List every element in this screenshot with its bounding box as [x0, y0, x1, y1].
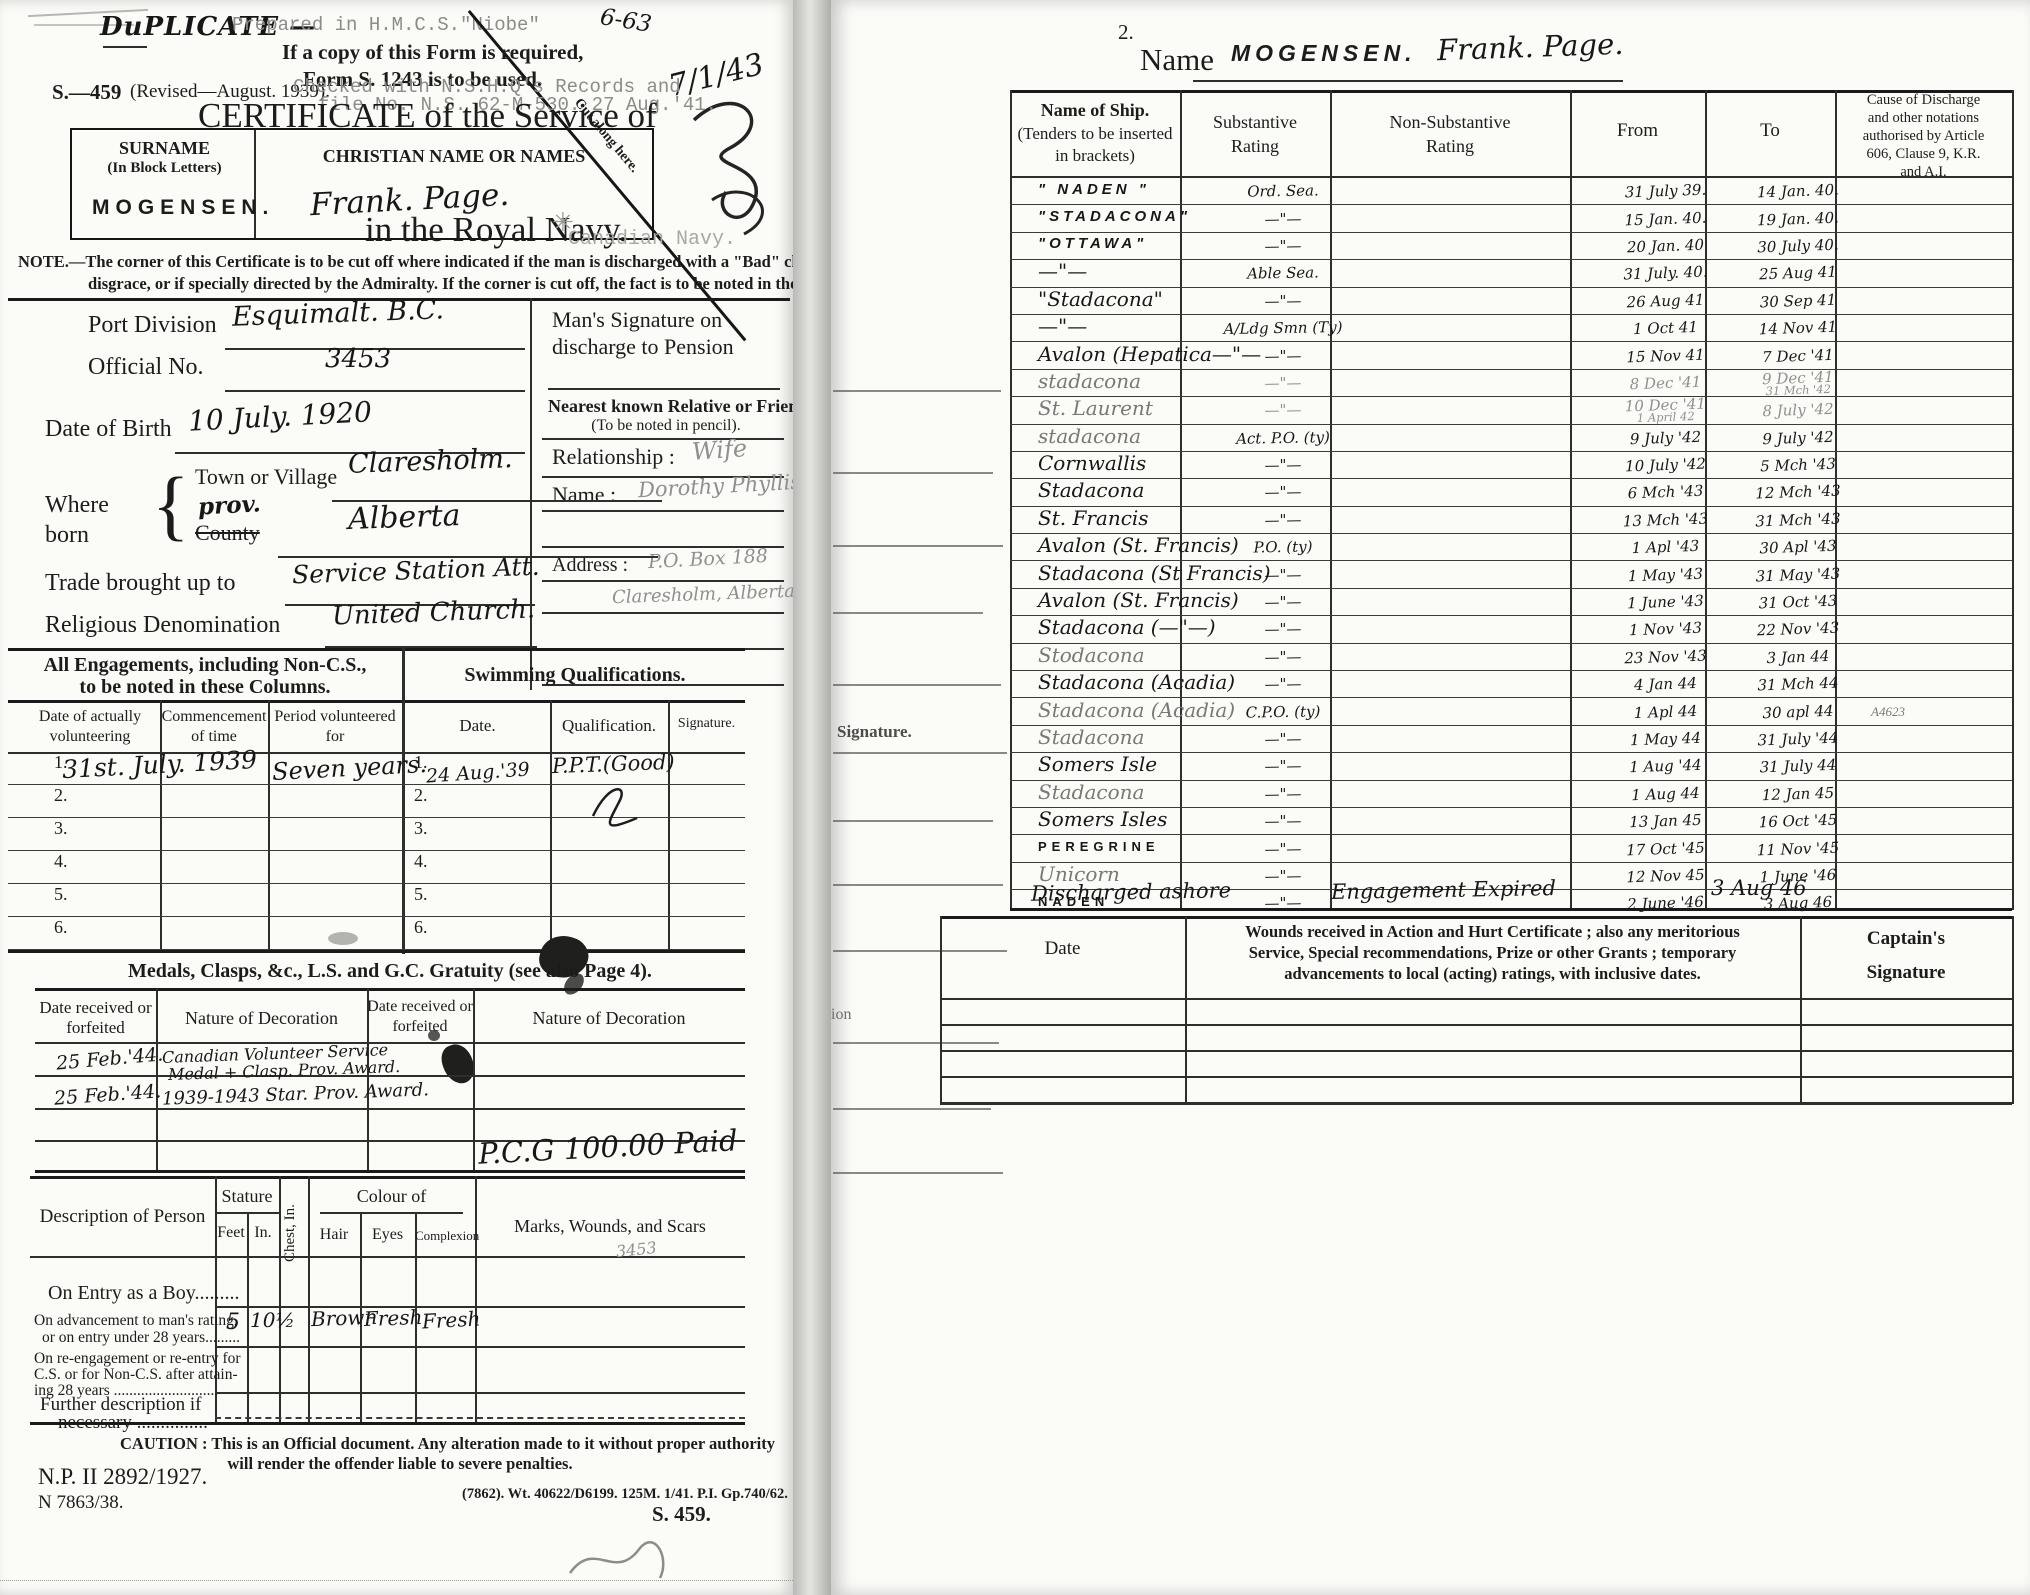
note-line1: NOTE.—The corner of this Certificate is … [18, 252, 906, 272]
from-line1: 4 Jan 44 [1598, 675, 1733, 694]
ship-name: —"— [1010, 259, 1208, 283]
from-line1: 13 Mch '43 [1598, 511, 1733, 530]
canadian-navy-stamp: Canadian Navy. [568, 228, 736, 251]
to-date: 31 Mch 44 [1733, 675, 1863, 694]
to-date: 31 Mch '43 [1733, 511, 1863, 530]
swim-signature-header: Signature. [668, 716, 745, 732]
entry-as-boy-label: On Entry as a Boy......... [48, 1282, 239, 1305]
underline [103, 46, 147, 48]
bleed-line [833, 884, 1003, 886]
from-date: 1 May 44 [1598, 730, 1733, 749]
from-line1: 31 July. 40. [1598, 264, 1733, 283]
row-number: 6. [8, 917, 68, 937]
to-line1: 30 Sep 41 [1733, 291, 1863, 310]
ship-name: Avalon (St. Francis) [1010, 588, 1208, 612]
complexion-header: Complexion [415, 1228, 475, 1244]
from-date: 4 Jan 44 [1598, 675, 1733, 694]
to-line1: 31 Oct '43 [1733, 593, 1863, 612]
substantive-rating: C.P.O. (ty) [1208, 701, 1358, 722]
substantive-header2: Rating [1180, 136, 1330, 157]
relationship-label: Relationship : [552, 444, 675, 470]
advancement-label1: On advancement to man's rating, [34, 1312, 238, 1330]
to-date: 31 May '43 [1733, 565, 1863, 584]
from-line1: 1 Apl 44 [1598, 702, 1733, 721]
bleed-signature-text: Signature. [837, 722, 912, 742]
medal-date-header2: forfeited [35, 1018, 156, 1038]
town-label: Town or Village [195, 464, 337, 490]
eyes-header: Eyes [360, 1226, 415, 1244]
to-line1: 31 Mch 44 [1733, 675, 1863, 694]
ship-header2: (Tenders to be inserted [993, 124, 1197, 144]
relative-name-label: Name : [552, 482, 616, 508]
column-divider [530, 298, 532, 690]
service-row: stadacona —"— 8 Dec '41 9 Dec '4131 Mch … [1010, 370, 2012, 397]
eng-col2-header2: of time [160, 728, 268, 746]
table-line [247, 1212, 249, 1422]
ship-name: Stodacona [1010, 643, 1208, 667]
substantive-rating: —"— [1208, 400, 1358, 421]
from-date: 17 Oct '45 [1598, 839, 1733, 858]
eng-col3-header2: for [268, 728, 402, 746]
rule-line [1193, 80, 1623, 82]
to-date: 19 Jan. 40. [1733, 209, 1863, 228]
from-date: 23 Nov '43 [1598, 647, 1733, 666]
substantive-header1: Substantive [1180, 112, 1330, 133]
to-line1: 31 May '43 [1733, 565, 1863, 584]
table-line [308, 1176, 310, 1422]
to-date: 31 Oct '43 [1733, 593, 1863, 612]
substantive-rating: Able Sea. [1208, 263, 1358, 284]
town-value: Claresholm. [348, 443, 514, 480]
service-row: Avalon (Hepatica—"— —"— 15 Nov 41 7 Dec … [1010, 342, 2012, 369]
to-line1: 5 Mch '43 [1733, 456, 1863, 475]
to-date: 12 Mch '43 [1733, 483, 1863, 502]
from-line1: 6 Mch '43 [1598, 483, 1733, 502]
ship-name: Stadacona (Acadia) [1010, 670, 1208, 694]
address-value-line2: Claresholm, Alberta [612, 581, 796, 608]
service-row: "STADACONA" —"— 15 Jan. 40. 19 Jan. 40. [1010, 205, 2012, 232]
service-row: Stadacona (—"—) —"— 1 Nov '43 22 Nov '43 [1010, 616, 2012, 643]
from-date: 15 Nov 41 [1598, 346, 1733, 365]
substantive-rating: P.O. (ty) [1208, 537, 1358, 558]
from-date: 26 Aug 41 [1598, 291, 1733, 310]
relative-subheading: (To be noted in pencil). [548, 417, 784, 435]
service-row: PEREGRINE —"— 17 Oct '45 11 Nov '45 [1010, 835, 2012, 862]
service-row: —"— A/Ldg Smn (Ty) 1 Oct 41 14 Nov 41 [1010, 315, 2012, 342]
table-line [215, 1346, 745, 1348]
swim-date-header: Date. [405, 716, 550, 736]
note-line2: disgrace, or if specially directed by th… [88, 274, 855, 294]
swim-qualification-header: Qualification. [550, 716, 668, 736]
table-top-border [940, 916, 2012, 919]
medal-nature-header-b: Nature of Decoration [473, 1008, 745, 1029]
from-line1: 17 Oct '45 [1598, 839, 1733, 858]
relative-name-value: Dorothy Phyllis [637, 470, 801, 503]
hair-header: Hair [308, 1226, 360, 1244]
section-divider [8, 648, 745, 651]
to-date: 14 Nov 41 [1733, 319, 1863, 338]
from-header: From [1570, 120, 1705, 142]
row-number: 5. [8, 884, 68, 904]
swimming-row: 4. [402, 851, 745, 884]
medal1-date: 25 Feb.'44. [55, 1043, 164, 1074]
christian-name-header: CHRISTIAN NAME OR NAMES [284, 146, 624, 167]
service-row: "Stadacona" —"— 26 Aug 41 30 Sep 41 [1010, 288, 2012, 315]
to-date: 30 Sep 41 [1733, 291, 1863, 310]
to-line1: 16 Oct '45 [1733, 812, 1863, 831]
from-date: 9 July '42 [1598, 428, 1733, 447]
from-date: 31 July. 40. [1598, 264, 1733, 283]
ship-name: "STADACONA" [1010, 208, 1208, 225]
substantive-rating: —"— [1208, 838, 1358, 859]
row-number: 3. [402, 818, 428, 838]
gratuity-paid-note: P.C.G 100.00 Paid [477, 1123, 738, 1171]
engagement-row: 3. [8, 818, 402, 851]
substantive-rating: Act. P.O. (ty) [1208, 427, 1358, 448]
to-line1: 8 July '42 [1733, 401, 1863, 420]
section-divider [8, 950, 745, 953]
to-line1: 31 July '44 [1733, 730, 1863, 749]
table-line [475, 1176, 477, 1422]
scan-edge [0, 1580, 793, 1581]
from-date: 1 Nov '43 [1598, 620, 1733, 639]
from-line1: 20 Jan. 40 [1598, 237, 1733, 256]
from-line1: 15 Jan. 40. [1598, 209, 1733, 228]
swimming-row: 5. [402, 884, 745, 917]
eng-col1-header2: volunteering [20, 728, 160, 746]
rule-line [542, 612, 784, 614]
footer-ref2: N 7863/38. [38, 1492, 124, 1514]
non-substantive-header1: Non-Substantive [1330, 112, 1570, 133]
ship-name: PEREGRINE [1010, 839, 1208, 854]
from-line1: 1 May '43 [1598, 565, 1733, 584]
dashed-line [215, 1417, 745, 1419]
substantive-rating: —"— [1208, 811, 1358, 832]
bleed-line [833, 752, 1007, 754]
table-line [320, 1212, 463, 1214]
bleed-line [833, 820, 993, 822]
table-line [35, 1170, 745, 1173]
ship-name: Stadacona (St Francis) [1010, 561, 1208, 585]
ship-name: Somers Isles [1010, 807, 1208, 831]
row-number: 1. [8, 752, 68, 772]
from-line1: 31 July 39. [1598, 182, 1733, 201]
corner-number: 6-63 [598, 4, 653, 38]
copy-note-line1: If a copy of this Form is required, [282, 40, 583, 65]
table-line [940, 998, 2012, 1000]
service-row: —"— Able Sea. 31 July. 40. 25 Aug 41 [1010, 260, 2012, 287]
table-line [30, 1176, 745, 1179]
service-row: Stadacona (Acadia) —"— 4 Jan 44 31 Mch 4… [1010, 671, 2012, 698]
from-date: 1 Oct 41 [1598, 319, 1733, 338]
to-date: 8 July '42 [1733, 401, 1863, 420]
smudge [328, 932, 358, 945]
service-row: Stadacona (Acadia) C.P.O. (ty) 1 Apl 44 … [1010, 698, 2012, 725]
substantive-rating: —"— [1208, 619, 1358, 640]
cause-header1: Cause of Discharge [1835, 92, 2012, 109]
from-line1: 13 Jan 45 [1598, 812, 1733, 831]
name-box-divider [254, 130, 256, 238]
service-row: Somers Isles —"— 13 Jan 45 16 Oct '45 [1010, 808, 2012, 835]
bleed-text-fragment: ion [831, 1006, 851, 1024]
captain-header2: Signature [1800, 962, 2012, 984]
where-born-label2: born [45, 522, 89, 549]
port-division-label: Port Division [88, 312, 217, 339]
date-of-birth-value: 10 July. 1920 [187, 395, 372, 438]
from-line1: 9 July '42 [1598, 428, 1733, 447]
row-number: 6. [402, 917, 428, 937]
table-line [215, 1212, 279, 1214]
to-line1: 9 July '42 [1733, 428, 1863, 447]
to-date: 7 Dec '41 [1733, 346, 1863, 365]
from-date: 1 Aug 44 [1598, 784, 1733, 803]
to-line1: 31 July 44 [1733, 757, 1863, 776]
table-line [35, 1042, 745, 1044]
trade-label: Trade brought up to [45, 570, 235, 597]
name-christian-value: Frank. Page. [1436, 27, 1623, 67]
to-line1: 7 Dec '41 [1733, 346, 1863, 365]
from-line1: 10 July '42 [1598, 456, 1733, 475]
inches-header: In. [247, 1224, 279, 1242]
ship-name: Avalon (Hepatica—"— [1010, 342, 1208, 366]
relative-heading: Nearest known Relative or Friend. [548, 396, 784, 417]
service-row: "OTTAWA" —"— 20 Jan. 40 30 July 40. [1010, 233, 2012, 260]
from-line1: 26 Aug 41 [1598, 291, 1733, 310]
port-division-value: Esquimalt. B.C. [232, 294, 445, 332]
table-line [940, 1050, 2012, 1052]
service-row: Stodacona —"— 23 Nov '43 3 Jan 44 [1010, 644, 2012, 671]
row-number: 2. [8, 785, 68, 805]
to-date: 30 July 40. [1733, 237, 1863, 256]
substantive-rating: —"— [1208, 729, 1358, 750]
substantive-rating: —"— [1208, 592, 1358, 613]
province-value: Alberta [347, 498, 461, 537]
rule-line [542, 510, 784, 512]
from-date: 13 Jan 45 [1598, 812, 1733, 831]
to-line1: 19 Jan. 40. [1733, 209, 1863, 228]
to-line1: 3 Jan 44 [1733, 648, 1863, 667]
from-line1: 1 Oct 41 [1598, 319, 1733, 338]
ship-name: Stadacona [1010, 478, 1208, 502]
to-date: 25 Aug 41 [1733, 264, 1863, 283]
prov-annotation: prov. [197, 490, 261, 520]
from-date: 15 Jan. 40. [1598, 209, 1733, 228]
service-row: stadacona Act. P.O. (ty) 9 July '42 9 Ju… [1010, 425, 2012, 452]
to-date: 9 July '42 [1733, 428, 1863, 447]
from-line1: 1 Aug '44 [1598, 757, 1733, 776]
service-row: Somers Isle —"— 1 Aug '44 31 July 44 [1010, 753, 2012, 780]
service-row: Stadacona —"— 1 May 44 31 July '44 [1010, 726, 2012, 753]
service-row: " NADEN " Ord. Sea. 31 July 39. 14 Jan. … [1010, 178, 2012, 205]
to-date: 30 Apl '43 [1733, 538, 1863, 557]
form-code: S. 459. [652, 1502, 711, 1527]
medal-nature-header: Nature of Decoration [156, 1008, 367, 1029]
to-header: To [1705, 120, 1835, 142]
table-line [940, 1076, 2012, 1078]
substantive-rating: —"— [1208, 236, 1358, 257]
eng-col1-header: Date of actually [20, 708, 160, 726]
cause-note: A4623 [1863, 704, 2030, 720]
description-header: Description of Person [30, 1206, 215, 1228]
name-surname-value: MOGENSEN. [1231, 40, 1417, 67]
from-date: 13 Mch '43 [1598, 511, 1733, 530]
page-number: 2. [1118, 20, 1134, 45]
wounds-date-header: Date [940, 938, 1185, 960]
substantive-rating: —"— [1208, 482, 1358, 503]
table-bottom-border [940, 1102, 2012, 1105]
bleed-line [833, 1042, 999, 1044]
section-divider [8, 700, 745, 703]
substantive-rating: —"— [1208, 756, 1358, 777]
ship-name: "OTTAWA" [1010, 235, 1208, 252]
further-description-label2: necessary ............... [58, 1412, 208, 1434]
discharge-note-3: 3 Aug 46 [1711, 876, 1807, 900]
to-line1: 31 Mch '43 [1733, 511, 1863, 530]
to-date: 3 Jan 44 [1733, 648, 1863, 667]
to-date: 11 Nov '45 [1733, 839, 1863, 858]
from-date: 1 Apl 44 [1598, 702, 1733, 721]
from-date: 1 May '43 [1598, 565, 1733, 584]
date-of-birth-label: Date of Birth [45, 416, 172, 443]
to-line1: 12 Mch '43 [1733, 483, 1863, 502]
wounds-header-line1: Wounds received in Action and Hurt Certi… [1190, 922, 1795, 942]
service-row: Avalon (St. Francis) P.O. (ty) 1 Apl '43… [1010, 534, 2012, 561]
table-line [2012, 90, 2014, 910]
bleed-line [833, 1108, 991, 1110]
scanned-document: DuPLICATE — Prepared in H.M.C.S."Niobe" … [0, 0, 2030, 1595]
cause-header2: and other notations [1835, 110, 2012, 127]
pencil-scrawl [555, 1528, 685, 1593]
medal-date-header: Date received or [35, 998, 156, 1018]
medal2-nature: 1939-1943 Star. Prov. Award. [162, 1079, 430, 1109]
substantive-rating: —"— [1208, 345, 1358, 366]
printer-imprint: (7862). Wt. 40622/D6199. 125M. 1/41. P.I… [462, 1486, 788, 1503]
substantive-rating: —"— [1208, 208, 1358, 229]
religion-label: Religious Denomination [45, 612, 280, 639]
eyes-value: Fresh [364, 1305, 423, 1331]
cause-header4: 606, Clause 9, K.R. [1835, 146, 2012, 163]
medal2-date: 25 Feb.'44. [53, 1080, 162, 1109]
from-line1: 1 June '43 [1598, 593, 1733, 612]
ship-name: St. Laurent [1010, 396, 1208, 420]
to-line1: 30 apl 44 [1733, 702, 1863, 721]
brace-glyph: { [152, 460, 189, 550]
colour-of-header: Colour of [308, 1186, 475, 1207]
signature-pension-label: Man's Signature on discharge to Pension [552, 306, 784, 360]
from-line1: 1 Nov '43 [1598, 620, 1733, 639]
bleed-line [833, 545, 1003, 547]
service-row: Avalon (St. Francis) —"— 1 June '43 31 O… [1010, 589, 2012, 616]
to-date: 5 Mch '43 [1733, 456, 1863, 475]
niobe-stamp: Prepared in H.M.C.S."Niobe" [232, 14, 540, 36]
from-date: 6 Mch '43 [1598, 483, 1733, 502]
signature-flourish [585, 778, 655, 828]
religion-value: United Church. [332, 594, 536, 631]
marks-header: Marks, Wounds, and Scars [475, 1216, 745, 1237]
chest-header: Chest, In. [282, 1204, 299, 1262]
from-line1: 1 Aug 44 [1598, 784, 1733, 803]
eng-col3-header: Period volunteered [268, 708, 402, 726]
to-date: 31 July '44 [1733, 730, 1863, 749]
substantive-rating: Ord. Sea. [1208, 181, 1358, 202]
surname-value: MOGENSEN. [92, 196, 274, 220]
captain-header1: Captain's [1800, 928, 2012, 950]
name-label: Name [1140, 42, 1214, 78]
ship-header1: Name of Ship. [1010, 100, 1180, 121]
rule-line [548, 388, 780, 390]
engagements-heading1: All Engagements, including Non-C.S., [20, 654, 390, 677]
discharge-note-1: Discharged ashore [1031, 878, 1231, 905]
ship-name: Stadacona [1010, 725, 1208, 749]
official-no-label: Official No. [88, 354, 204, 381]
to-line1: 12 Jan 45 [1733, 785, 1863, 804]
relationship-value: Wife [691, 434, 748, 466]
feet-header: Feet [215, 1224, 247, 1242]
from-date: 10 July '42 [1598, 456, 1733, 475]
from-date: 10 Dec '411 April 42 [1598, 396, 1734, 425]
official-no-value: 3453 [325, 344, 391, 374]
from-line1: 15 Nov 41 [1598, 346, 1733, 365]
from-date: 20 Jan. 40 [1598, 237, 1733, 256]
substantive-rating: A/Ldg Smn (Ty) [1208, 318, 1358, 339]
inches-value: 10½ [250, 1308, 295, 1332]
cause-header3: authorised by Article [1835, 128, 2012, 145]
ship-name: St. Francis [1010, 506, 1208, 530]
row-number: 2. [402, 785, 428, 805]
to-date: 12 Jan 45 [1733, 785, 1863, 804]
ship-name: stadacona [1010, 369, 1208, 393]
ship-name: —"— [1010, 314, 1208, 338]
eng-col2-header: Commencement [160, 708, 268, 726]
table-line [2012, 916, 2014, 1104]
footer-ref1: N.P. II 2892/1927. [38, 1464, 207, 1490]
stature-header: Stature [215, 1186, 279, 1207]
ship-header3: in brackets) [1010, 146, 1180, 166]
rule-line [225, 390, 525, 392]
to-line1: 30 Apl '43 [1733, 538, 1863, 557]
feet-value: 5 [226, 1310, 240, 1335]
bleed-line [833, 612, 983, 614]
non-substantive-header2: Rating [1330, 136, 1570, 157]
wounds-header-line3: advancements to local (acting) ratings, … [1190, 964, 1795, 984]
swimming-row: 3. [402, 818, 745, 851]
table-line [279, 1176, 281, 1422]
engagement-row: 5. [8, 884, 402, 917]
from-date: 31 July 39. [1598, 182, 1733, 201]
to-date: 14 Jan. 40. [1733, 182, 1863, 201]
ship-name: Cornwallis [1010, 451, 1208, 475]
service-row: Stadacona —"— 1 Aug 44 12 Jan 45 [1010, 781, 2012, 808]
row-number: 5. [402, 884, 428, 904]
from-date: 8 Dec '41 [1598, 374, 1733, 393]
from-line1: 1 Apl '43 [1598, 538, 1733, 557]
bleed-line [833, 390, 1001, 392]
where-born-label1: Where [45, 492, 109, 519]
to-date: 31 July 44 [1733, 757, 1863, 776]
service-row: St. Francis —"— 13 Mch '43 31 Mch '43 [1010, 507, 2012, 534]
service-rows: " NADEN " Ord. Sea. 31 July 39. 14 Jan. … [1010, 178, 2012, 918]
table-line [940, 1024, 2012, 1026]
from-date: 1 Apl '43 [1598, 538, 1733, 557]
advancement-label2: or on entry under 28 years......... [42, 1329, 240, 1347]
to-date: 16 Oct '45 [1733, 812, 1863, 831]
rule-line [542, 438, 784, 440]
wounds-header-line2: Service, Special recommendations, Prize … [1190, 943, 1795, 963]
ship-name: Stadacona (Acadia) [1010, 698, 1208, 722]
certificate-page-2: Signature. ion 2. Name MOGENSEN. Frank. … [831, 0, 2030, 1595]
from-line1: 8 Dec '41 [1598, 374, 1733, 393]
service-row: Stadacona —"— 6 Mch '43 12 Mch '43 [1010, 479, 2012, 506]
